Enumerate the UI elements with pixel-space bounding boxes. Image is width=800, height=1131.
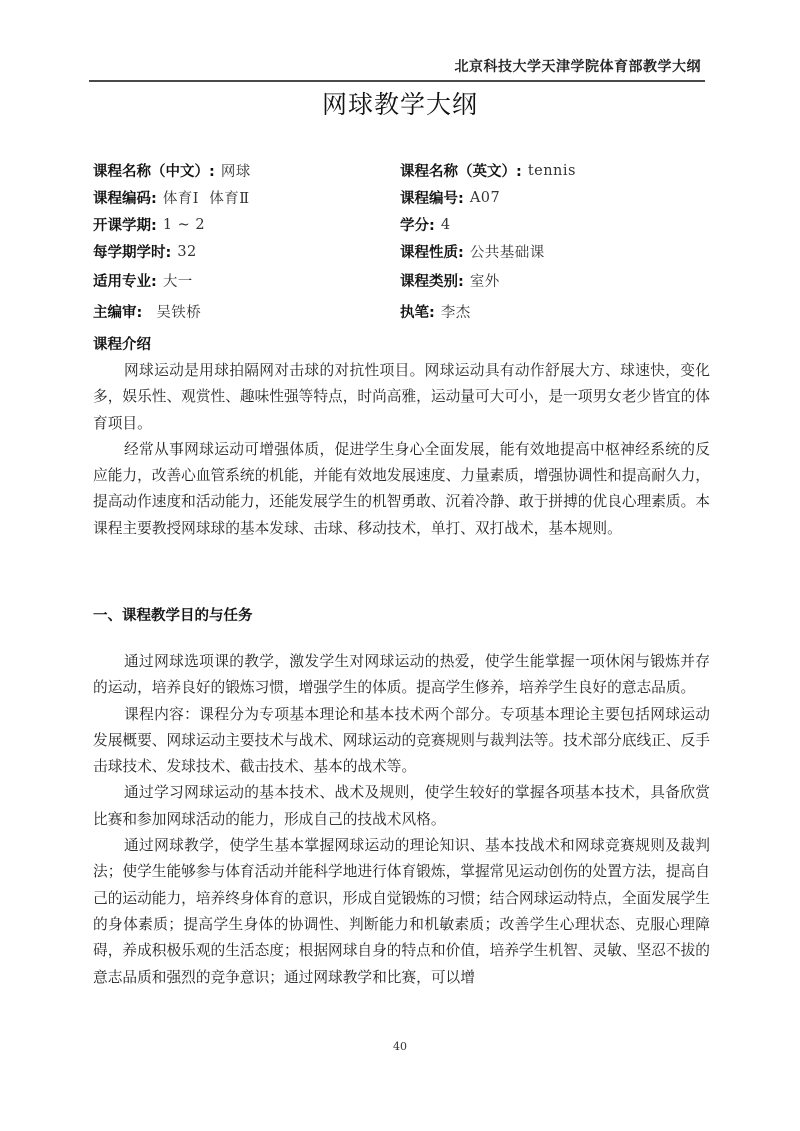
field-label: 学分: <box>400 214 435 235</box>
course-chief-editor: 主编审: 吴铁桥 <box>93 301 400 322</box>
course-major: 适用专业: 大一 <box>93 270 400 291</box>
field-label: 适用专业: <box>93 270 157 291</box>
course-info-row: 主编审: 吴铁桥 执笔: 李杰 <box>93 296 713 327</box>
paragraph: 通过网球选项课的教学，激发学生对网球运动的热爱，使学生能掌握一项休闲与锻炼并存的… <box>93 649 710 702</box>
course-info-row: 每学期学时: 32 课程性质: 公共基础课 <box>93 238 713 265</box>
field-label: 课程编码: <box>93 187 157 208</box>
page-header: 北京科技大学天津学院体育部教学大纲 <box>89 52 705 82</box>
paragraph: 课程内容：课程分为专项基本理论和基本技术两个部分。专项基本理论主要包括网球运动发… <box>93 702 710 781</box>
field-label: 开课学期: <box>93 214 157 235</box>
paragraph: 通过学习网球运动的基本技术、战术及规则，使学生较好的掌握各项基本技术，具备欣赏比… <box>93 780 710 833</box>
field-value: 李杰 <box>441 301 471 322</box>
document-title: 网球教学大纲 <box>0 85 800 121</box>
running-title: 北京科技大学天津学院体育部教学大纲 <box>455 56 702 76</box>
field-label: 课程类别: <box>400 270 464 291</box>
field-label: 课程名称（英文）: <box>400 160 522 181</box>
page-number: 40 <box>0 1040 800 1053</box>
field-value: 4 <box>441 217 451 233</box>
course-hours: 每学期学时: 32 <box>93 241 400 262</box>
course-code: 课程编码: 体育Ⅰ 体育Ⅱ <box>93 187 400 208</box>
field-value: 大一 <box>163 270 193 291</box>
course-semester: 开课学期: 1 ~ 2 <box>93 214 400 235</box>
course-info-row: 适用专业: 大一 课程类别: 室外 <box>93 265 713 296</box>
course-nature: 课程性质: 公共基础课 <box>400 241 707 262</box>
field-value: 体育Ⅰ 体育Ⅱ <box>163 187 250 208</box>
paragraph: 网球运动是用球拍隔网对击球的对抗性项目。网球运动具有动作舒展大方、球速快，变化多… <box>93 358 710 437</box>
field-label: 课程名称（中文）: <box>93 160 215 181</box>
intro-heading: 课程介绍 <box>93 333 151 354</box>
course-name-en: 课程名称（英文）: tennis <box>400 160 707 181</box>
course-info-table: 课程名称（中文）: 网球 课程名称（英文）: tennis 课程编码: 体育Ⅰ … <box>93 157 713 327</box>
course-number: 课程编号: A07 <box>400 187 707 208</box>
paragraph: 经常从事网球运动可增强体质，促进学生身心全面发展，能有效地提高中枢神经系统的反应… <box>93 437 710 542</box>
course-info-row: 课程名称（中文）: 网球 课程名称（英文）: tennis <box>93 157 713 184</box>
course-credits: 学分: 4 <box>400 214 707 235</box>
course-info-row: 课程编码: 体育Ⅰ 体育Ⅱ 课程编号: A07 <box>93 184 713 211</box>
section-1-heading: 一、课程教学目的与任务 <box>93 604 253 625</box>
field-label: 每学期学时: <box>93 241 171 262</box>
field-label: 执笔: <box>400 301 435 322</box>
field-value: 吴铁桥 <box>156 301 201 322</box>
field-value: 室外 <box>470 270 500 291</box>
field-label: 主编审: <box>93 301 142 322</box>
field-label: 课程性质: <box>400 241 464 262</box>
field-value: 32 <box>177 244 196 260</box>
course-name-cn: 课程名称（中文）: 网球 <box>93 160 400 181</box>
field-value: 网球 <box>221 160 251 181</box>
intro-body: 网球运动是用球拍隔网对击球的对抗性项目。网球运动具有动作舒展大方、球速快，变化多… <box>93 358 710 542</box>
field-value: A07 <box>470 190 500 206</box>
paragraph: 通过网球教学，使学生基本掌握网球运动的理论知识、基本技战术和网球竞赛规则及裁判法… <box>93 833 710 991</box>
field-value: tennis <box>528 163 576 179</box>
course-info-row: 开课学期: 1 ~ 2 学分: 4 <box>93 211 713 238</box>
course-category: 课程类别: 室外 <box>400 270 707 291</box>
field-value: 公共基础课 <box>470 241 545 262</box>
course-writer: 执笔: 李杰 <box>400 301 707 322</box>
field-label: 课程编号: <box>400 187 464 208</box>
section-1-body: 通过网球选项课的教学，激发学生对网球运动的热爱，使学生能掌握一项休闲与锻炼并存的… <box>93 649 710 991</box>
field-value: 1 ~ 2 <box>163 217 205 233</box>
